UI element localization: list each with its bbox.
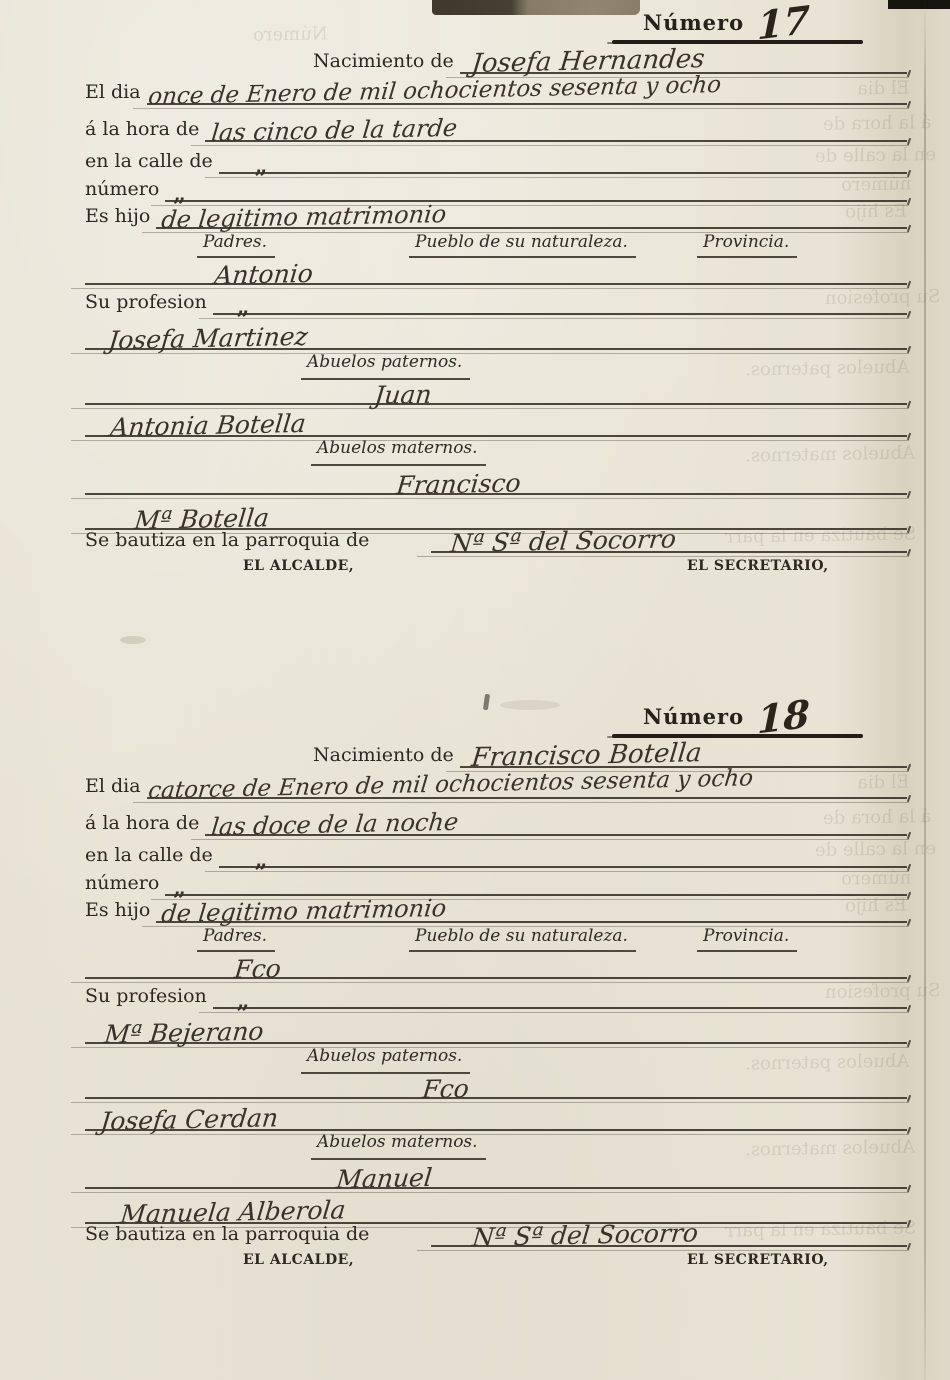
profesion-label: Su profesion [85, 987, 213, 1009]
signature-row: EL ALCALDE, EL SECRETARIO, [85, 1252, 907, 1272]
day-row: El dia catorce de Enero de mil ochocient… [85, 765, 907, 799]
hora-label: á la hora de [85, 120, 205, 142]
paternal-grandmother-name: Josefa Cerdan [99, 1103, 280, 1136]
profession-row: Su profesion „ [85, 975, 907, 1009]
paternal-grandmother-row: Josefa Cerdan [85, 1097, 907, 1131]
numero-label: Número [643, 704, 744, 729]
hora-label: á la hora de [85, 814, 205, 836]
filiation-value: de legitimo matrimonio [160, 894, 448, 928]
es-hijo-label: Es hijo [85, 207, 156, 229]
hour-row: á la hora de las doce de la noche [85, 802, 907, 836]
birth-date: once de Enero de mil ochocientos sesenta… [147, 72, 722, 110]
paper-stain [120, 636, 146, 644]
record-number-row: Número 17 [85, 8, 907, 42]
profesion-label: Su profesion [85, 293, 213, 315]
baptism-row: Se bautiza en la parroquia de Nª Sª del … [85, 1213, 907, 1247]
birth-record-18: Número 18 Nacimiento de Francisco Botell… [85, 702, 907, 1277]
provincia-header: Provincia. [703, 232, 789, 252]
filiation-value: de legitimo matrimonio [160, 200, 448, 234]
paternal-grandfather-row: Juan [85, 371, 907, 405]
parish-name: Nª Sª del Socorro [471, 1218, 699, 1252]
father-row: Fco [85, 945, 907, 979]
el-dia-label: El dia [85, 83, 147, 105]
alcalde-label: EL ALCALDE, [243, 1252, 354, 1268]
birth-date: catorce de Enero de mil ochocientos sese… [147, 765, 754, 804]
baptism-row: Se bautiza en la parroquia de Nª Sª del … [85, 519, 907, 553]
parish-name: Nª Sª del Socorro [449, 524, 677, 558]
filiation-row: Es hijo de legitimo matrimonio [85, 195, 907, 229]
secretario-label: EL SECRETARIO, [687, 1252, 829, 1268]
hour-row: á la hora de las cinco de la tarde [85, 108, 907, 142]
abuelos-maternos-header: Abuelos maternos. [317, 438, 478, 460]
provincia-header: Provincia. [703, 926, 789, 946]
mother-row: Josefa Martinez [85, 316, 907, 350]
padres-header: Padres. [203, 232, 267, 252]
signature-row: EL ALCALDE, EL SECRETARIO, [85, 558, 907, 578]
mother-name: Mª Bejerano [103, 1017, 265, 1049]
mother-row: Mª Bejerano [85, 1010, 907, 1044]
birth-record-17: Número 17 Nacimiento de Josefa Hernandes… [85, 8, 907, 583]
filiation-row: Es hijo de legitimo matrimonio [85, 889, 907, 923]
alcalde-label: EL ALCALDE, [243, 558, 354, 574]
profession-row: Su profesion „ [85, 281, 907, 315]
name-row: Nacimiento de Josefa Hernandes [313, 40, 907, 74]
secretario-label: EL SECRETARIO, [687, 558, 829, 574]
name-row: Nacimiento de Francisco Botella [313, 734, 907, 768]
pueblo-header: Pueblo de su naturaleza. [415, 926, 628, 946]
paternal-grandmother-row: Antonia Botella [85, 403, 907, 437]
mother-name: Josefa Martinez [107, 322, 309, 355]
abuelos-maternos-header: Abuelos maternos. [317, 1132, 478, 1154]
page-edge-shadow [924, 0, 926, 1380]
padres-header: Padres. [203, 926, 267, 946]
record-number-row: Número 18 [85, 702, 907, 736]
maternal-grandfather-row: Francisco [85, 461, 907, 495]
paternal-grandmother-name: Antonia Botella [109, 409, 307, 442]
paternal-grandfather-row: Fco [85, 1065, 907, 1099]
pueblo-header: Pueblo de su naturaleza. [415, 232, 628, 252]
registry-page: Número 17 Nacimiento de Josefa Hernandes… [0, 0, 950, 1380]
es-hijo-label: Es hijo [85, 901, 156, 923]
numero-label: Número [643, 10, 744, 35]
el-dia-label: El dia [85, 777, 147, 799]
maternal-grandfather-row: Manuel [85, 1155, 907, 1189]
bautiza-label: Se bautiza en la parroquia de [85, 531, 431, 553]
day-row: El dia once de Enero de mil ochocientos … [85, 71, 907, 105]
bautiza-label: Se bautiza en la parroquia de [85, 1225, 431, 1247]
father-row: Antonio [85, 251, 907, 285]
